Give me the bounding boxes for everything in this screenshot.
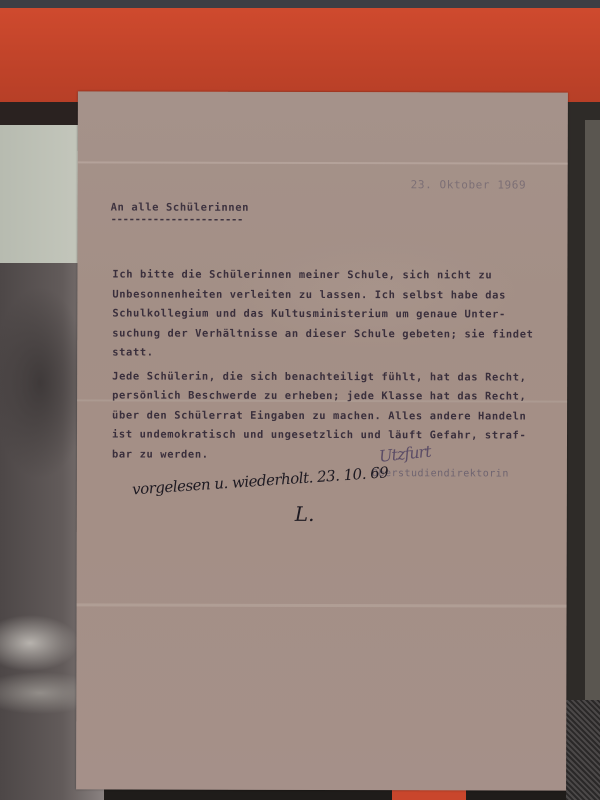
letter-salutation: An alle Schülerinnen — [111, 201, 249, 213]
paper-fold — [77, 603, 567, 607]
background-right-edge — [585, 120, 600, 710]
body-line: statt. — [112, 343, 552, 364]
background-right-photo — [566, 700, 600, 800]
body-line: suchung der Verhältnisse an dieser Schul… — [112, 324, 552, 345]
body-line: persönlich Beschwerde zu erheben; jede K… — [112, 386, 552, 407]
handwritten-note: vorgelesen u. wiederholt. 23. 10. 69 — [132, 463, 389, 498]
signer-title: Oberstudiendirektorin — [372, 468, 509, 479]
paragraph-2: Jede Schülerin, die sich benachteiligt f… — [112, 367, 552, 466]
background-bottom-strip — [104, 790, 566, 800]
body-line: Jede Schülerin, die sich benachteiligt f… — [112, 367, 552, 388]
paragraph-1: Ich bitte die Schülerinnen meiner Schule… — [112, 265, 552, 364]
background-light-panel — [0, 125, 78, 263]
salutation-underline: ---------------------- — [111, 213, 244, 225]
paper-fold — [78, 161, 568, 164]
body-line: Ich bitte die Schülerinnen meiner Schule… — [112, 265, 552, 286]
body-line: ist undemokratisch und ungesetzlich und … — [112, 425, 552, 446]
background-top-strip — [0, 0, 600, 8]
typed-letter: 23. Oktober 1969 An alle Schülerinnen --… — [76, 91, 568, 790]
letter-body: Ich bitte die Schülerinnen meiner Schule… — [112, 265, 553, 467]
body-line: Unbesonnenheiten verleiten zu lassen. Ic… — [112, 285, 552, 306]
body-line: über den Schülerrat Eingaben zu machen. … — [112, 406, 552, 427]
letter-date: 23. Oktober 1969 — [411, 178, 527, 191]
body-line: Schulkollegium und das Kultusministerium… — [112, 304, 552, 325]
handwritten-initial: L. — [295, 502, 315, 526]
body-line: bar zu werden. — [112, 445, 552, 466]
